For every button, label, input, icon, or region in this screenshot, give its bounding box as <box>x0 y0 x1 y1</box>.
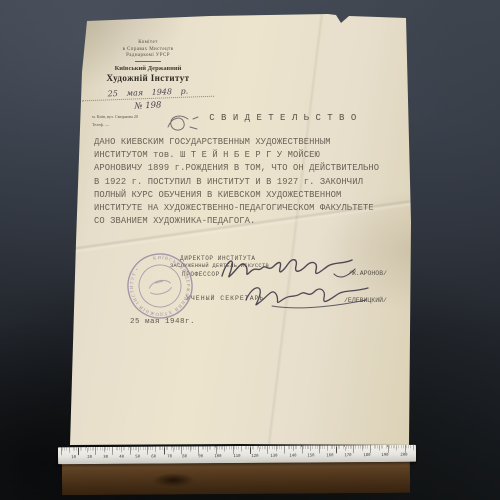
wooden-plank <box>62 461 410 495</box>
photo-of-document: Комітетв Справах МистецтвРаднаркомі УРСР… <box>0 0 500 500</box>
body-line: ИНСТИТУТЕ НА ХУДОЖЕСТВЕННО-ПЕДАГОГИЧЕСКО… <box>94 202 412 215</box>
body-line: ДАНО КИЕВСКИМ ГОСУДАРСТВЕННЫМ ХУДОЖЕСТВЕ… <box>94 136 412 149</box>
ruler-number: 30 <box>103 455 108 460</box>
body-line: СО ЗВАНИЕМ ХУДОЖНИКА-ПЕДАГОГА. <box>94 215 412 228</box>
letterhead-divider <box>135 61 161 62</box>
stamp-rim-text: КИЇВСЬКИЙ ДЕРЖАВНИЙ ХУДОЖНІЙ ІНСТИТУТ • <box>122 248 197 323</box>
letterhead-org-line1: Київський Державний <box>82 65 214 73</box>
ruler-number: 100 <box>215 454 222 459</box>
ruler-number: 150 <box>307 453 314 458</box>
ruler-number: 70 <box>167 454 172 459</box>
ruler-number: 10 <box>71 455 76 460</box>
certificate-paper: Комітетв Справах МистецтвРаднаркомі УРСР… <box>60 12 416 446</box>
ruler-number: 130 <box>270 453 277 458</box>
letterhead-committee: Комітетв Справах МистецтвРаднаркомі УРСР <box>82 40 214 60</box>
ruler-number: 160 <box>326 453 333 458</box>
ruler-number: 20 <box>87 455 92 460</box>
secretary-signature <box>242 280 372 312</box>
ruler-number: 140 <box>289 453 296 458</box>
letterhead-org-line2: Художній Інститут <box>82 73 214 84</box>
ruler-number: 200 <box>400 453 407 458</box>
ruler-number: 170 <box>345 453 352 458</box>
ruler-number: 110 <box>233 454 240 459</box>
body-line: ПОЛНЫЙ КУРС ОБУЧЕНИЯ В КИЕВСКОМ ХУДОЖЕСТ… <box>94 189 412 202</box>
ruler-numbers: 1020304050607080901001101201301401501601… <box>58 452 416 459</box>
svg-text:КИЇВСЬКИЙ ДЕРЖАВНИЙ ХУДОЖНІЙ І: КИЇВСЬКИЙ ДЕРЖАВНИЙ ХУДОЖНІЙ ІНСТИТУТ • <box>122 248 197 323</box>
ruler-number: 90 <box>199 454 204 459</box>
round-stamp: КИЇВСЬКИЙ ДЕРЖАВНИЙ ХУДОЖНІЙ ІНСТИТУТ • <box>107 233 214 340</box>
ink-scribble <box>160 112 204 136</box>
body-line: ИНСТИТУТОМ тов. Ш Т Е Й Н Б Е Р Г У МОЙС… <box>94 149 412 162</box>
ruler-number: 60 <box>151 454 156 459</box>
body-line: В 1922 г. ПОСТУПИЛ В ИНСТИТУТ И В 1927 г… <box>94 176 412 189</box>
ruler-number: 180 <box>363 453 370 458</box>
certificate-body: ДАНО КИЕВСКИМ ГОСУДАРСТВЕННЫМ ХУДОЖЕСТВЕ… <box>94 136 412 228</box>
ruler-number: 40 <box>119 455 124 460</box>
ruler-number: 190 <box>382 453 389 458</box>
ruler-number: 80 <box>183 454 188 459</box>
ruler-number: 50 <box>135 454 140 459</box>
letterhead-line: Раднаркомі УРСР <box>82 53 214 60</box>
ruler: 1020304050607080901001101201301401501601… <box>58 445 416 464</box>
ruler-number: 120 <box>252 454 259 459</box>
body-line: АРОНОВИЧУ 1899 г.РОЖДЕНИЯ В ТОМ, ЧТО ОН … <box>94 162 412 175</box>
certificate-title: С В И Д Е Т Е Л Ь С Т В О <box>208 113 358 123</box>
